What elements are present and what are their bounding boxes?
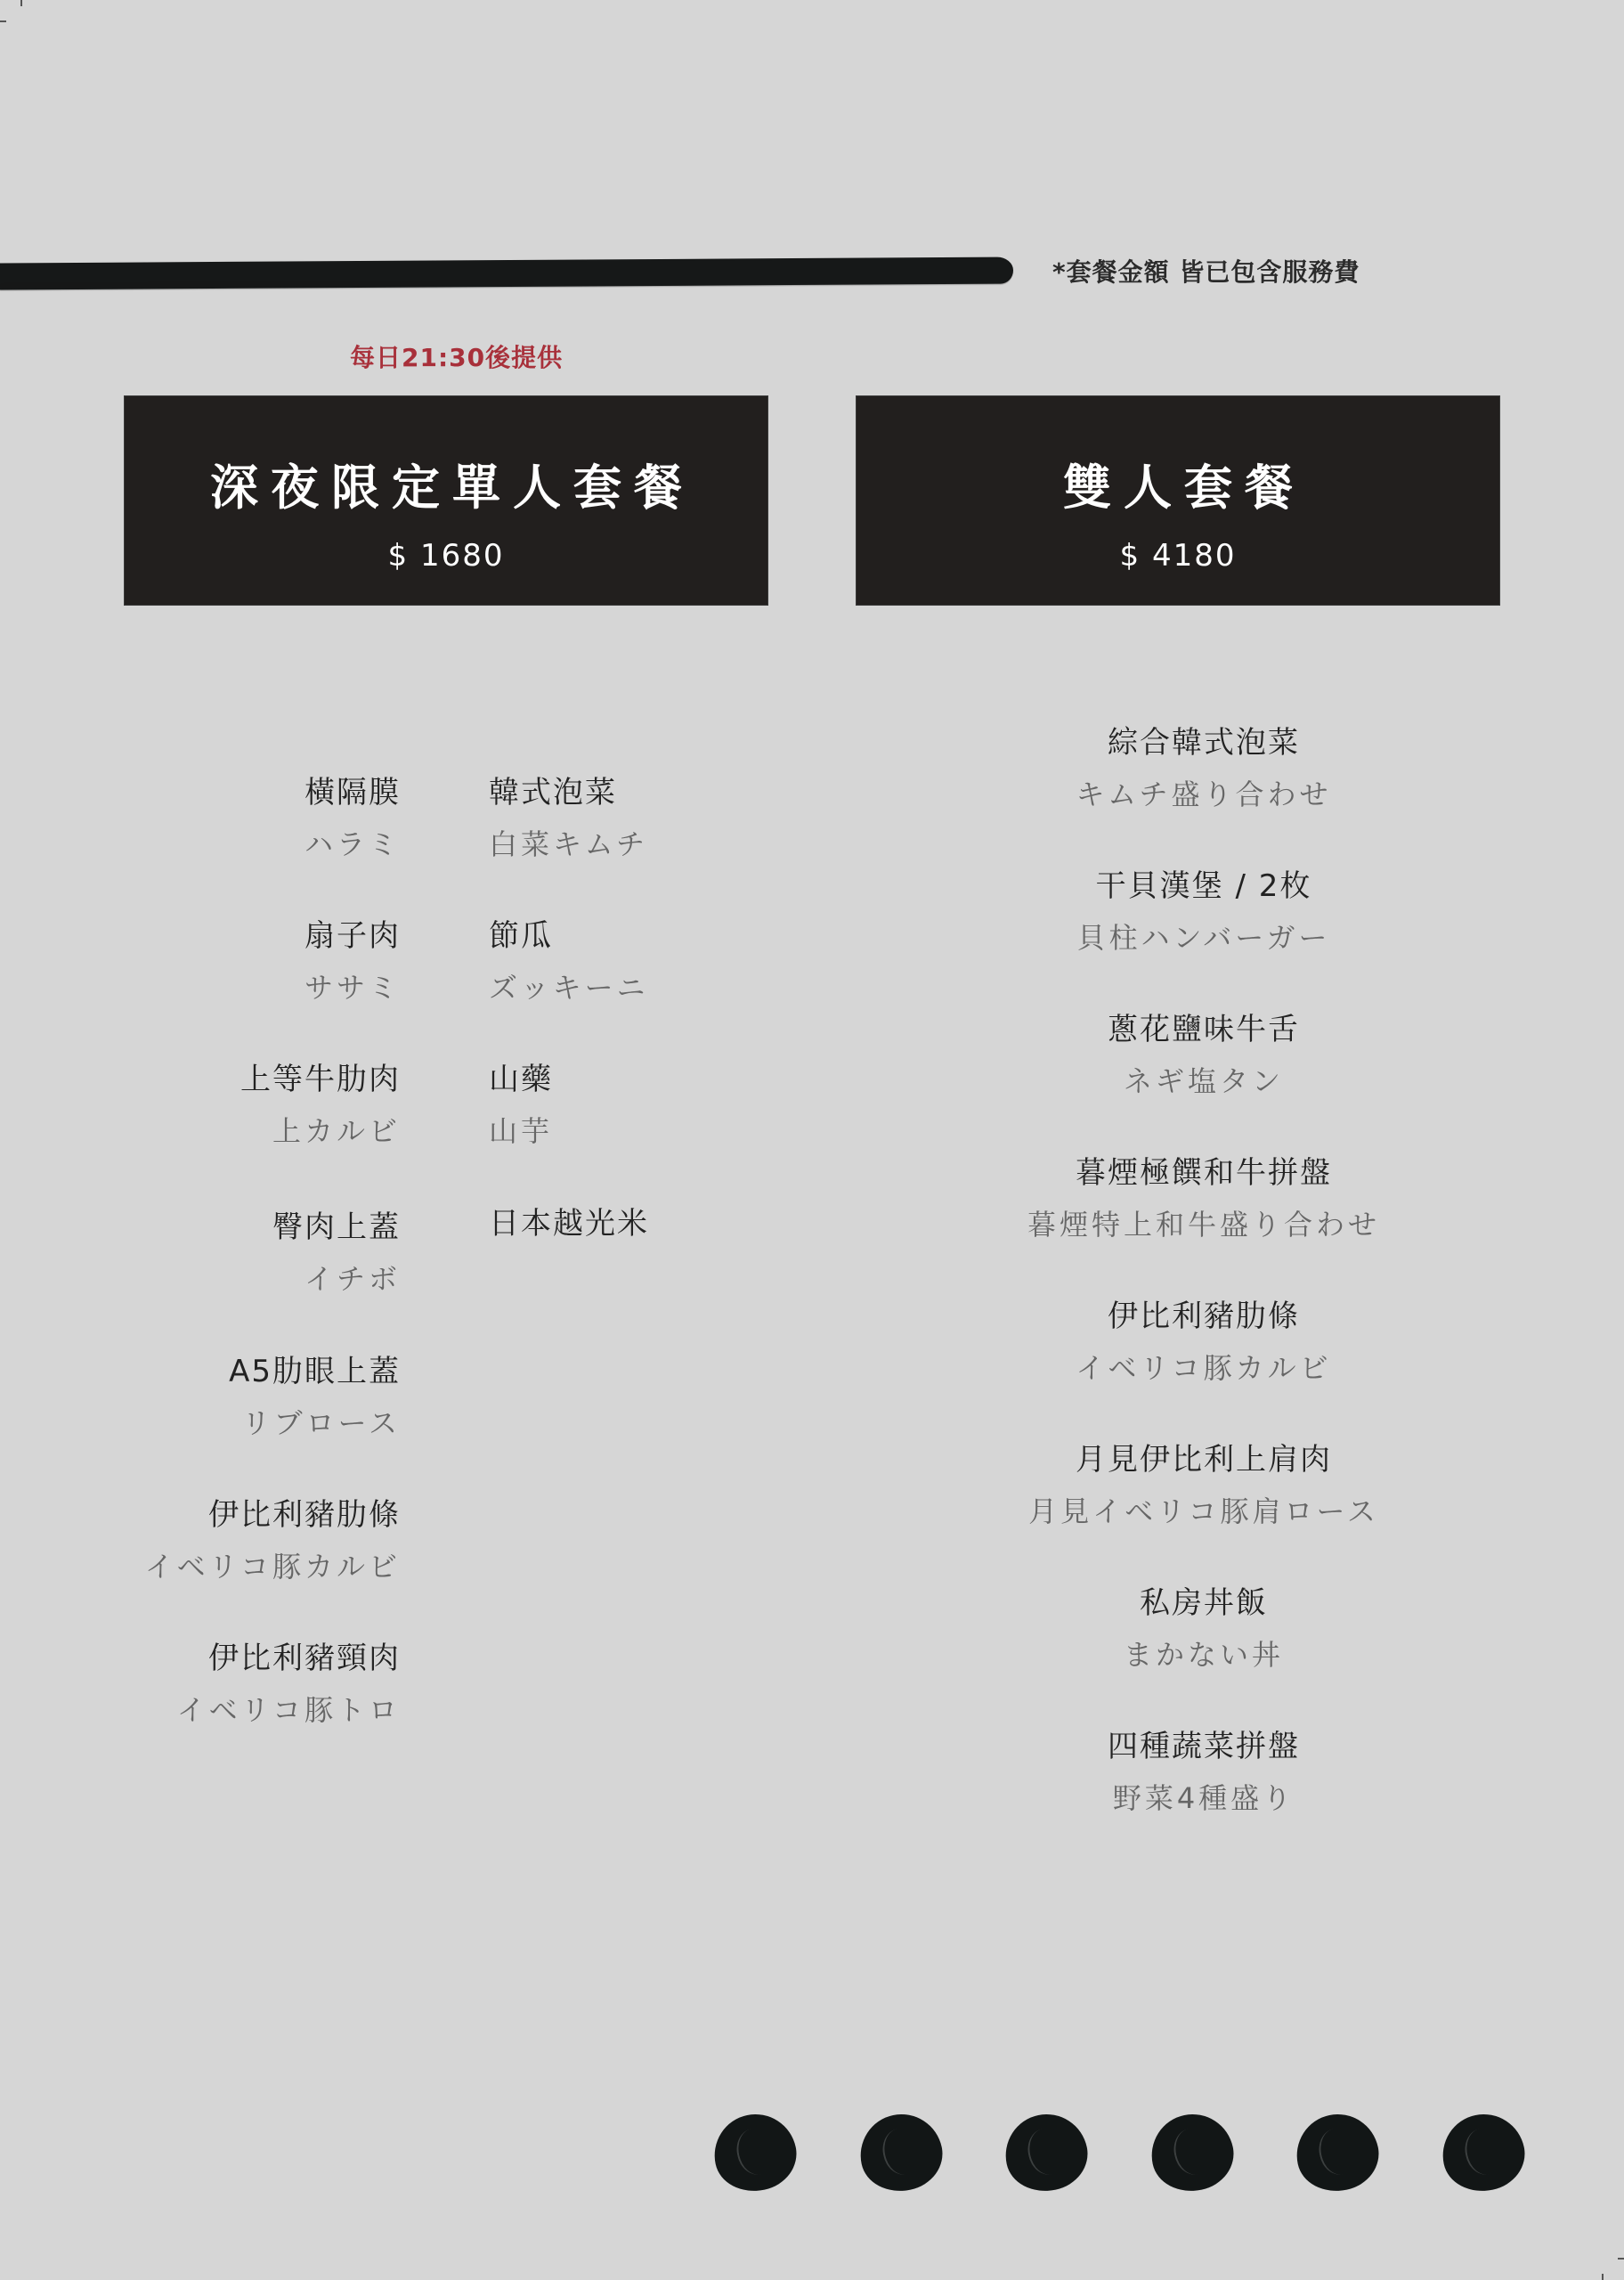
item-name-jp: 貝柱ハンバーガー — [981, 916, 1426, 957]
item-name-zh: 伊比利豬肋條 — [145, 1490, 401, 1534]
set-title: 雙人套餐 — [857, 450, 1499, 518]
item-name-zh: 蔥花鹽味牛舌 — [981, 1005, 1426, 1048]
menu-item: 私房丼飯 まかない丼 — [981, 1578, 1426, 1673]
service-charge-note: *套餐金額 皆已包含服務費 — [1052, 253, 1360, 289]
item-name-jp: 山芋 — [489, 1109, 553, 1150]
item-name-zh: 月見伊比利上肩肉 — [981, 1435, 1426, 1478]
menu-item: 節瓜 ズッキーニ — [489, 911, 649, 1006]
item-name-jp: まかない丼 — [981, 1633, 1426, 1673]
item-name-jp: イベリコ豚カルビ — [981, 1346, 1426, 1387]
item-name-zh: 日本越光米 — [489, 1199, 649, 1242]
menu-item: 上等牛肋肉 上カルビ — [240, 1054, 401, 1150]
item-name-zh: 伊比利豬肋條 — [981, 1291, 1426, 1335]
menu-item: A5肋眼上蓋 リブロース — [229, 1347, 401, 1442]
item-name-zh: 橫隔膜 — [304, 768, 401, 811]
menu-item: 伊比利豬肋條 イベリコ豚カルビ — [981, 1291, 1426, 1387]
menu-item: 日本越光米 — [489, 1199, 649, 1242]
menu-item: 蔥花鹽味牛舌 ネギ塩タン — [981, 1005, 1426, 1100]
set-price: $ 1680 — [125, 538, 767, 574]
ink-dot-icon — [853, 2106, 949, 2198]
menu-item: 橫隔膜 ハラミ — [304, 768, 401, 863]
menu-item: 干貝漢堡 / 2枚 貝柱ハンバーガー — [981, 861, 1426, 957]
menu-item: 月見伊比利上肩肉 月見イベリコ豚肩ロース — [981, 1435, 1426, 1530]
crop-mark-top-left-v — [20, 0, 22, 6]
brush-stroke-divider — [0, 257, 1013, 290]
item-name-zh: 綜合韓式泡菜 — [981, 718, 1426, 761]
item-name-zh: 上等牛肋肉 — [240, 1054, 401, 1098]
menu-item: 韓式泡菜 白菜キムチ — [489, 768, 648, 863]
item-name-jp: イベリコ豚カルビ — [145, 1544, 401, 1585]
menu-item: 扇子肉 ササミ — [304, 911, 401, 1006]
item-name-zh: 干貝漢堡 / 2枚 — [981, 861, 1426, 905]
item-name-jp: 野菜4種盛り — [981, 1776, 1426, 1817]
ink-dot-icon — [1144, 2106, 1240, 2198]
item-name-jp: ネギ塩タン — [981, 1059, 1426, 1100]
ink-dot-icon — [707, 2106, 803, 2198]
item-name-zh: 暮煙極饌和牛拼盤 — [981, 1148, 1426, 1192]
item-name-zh: 伊比利豬頸肉 — [177, 1633, 401, 1677]
item-name-jp: イベリコ豚トロ — [177, 1688, 401, 1729]
item-name-jp: ササミ — [304, 965, 401, 1006]
set-card-double: 雙人套餐 $ 4180 — [856, 395, 1500, 606]
menu-item: 綜合韓式泡菜 キムチ盛り合わせ — [981, 718, 1426, 813]
item-name-jp: イチボ — [272, 1257, 401, 1298]
menu-item: 四種蔬菜拼盤 野菜4種盛り — [981, 1722, 1426, 1817]
item-name-jp: 白菜キムチ — [489, 822, 648, 863]
menu-item: 臀肉上蓋 イチボ — [272, 1202, 401, 1298]
item-name-jp: ハラミ — [304, 822, 401, 863]
item-name-zh: 韓式泡菜 — [489, 768, 648, 811]
item-name-jp: キムチ盛り合わせ — [981, 772, 1426, 813]
ink-dot-icon — [1289, 2106, 1385, 2198]
crop-mark-bottom-right-h — [1618, 2258, 1624, 2260]
item-name-zh: 節瓜 — [489, 911, 649, 955]
ink-dot-icon — [998, 2106, 1094, 2198]
menu-item: 山藥 山芋 — [489, 1054, 553, 1150]
item-name-zh: 山藥 — [489, 1054, 553, 1098]
ink-dot-icon — [1435, 2106, 1531, 2198]
set-card-single: 深夜限定單人套餐 $ 1680 — [124, 395, 768, 606]
menu-item: 伊比利豬頸肉 イベリコ豚トロ — [177, 1633, 401, 1729]
crop-mark-top-left-h — [0, 20, 6, 22]
item-name-zh: 四種蔬菜拼盤 — [981, 1722, 1426, 1765]
item-name-zh: A5肋眼上蓋 — [229, 1347, 401, 1390]
set-price: $ 4180 — [857, 538, 1499, 574]
set-title: 深夜限定單人套餐 — [125, 450, 767, 518]
menu-item: 伊比利豬肋條 イベリコ豚カルビ — [145, 1490, 401, 1585]
item-name-jp: 暮煙特上和牛盛り合わせ — [981, 1202, 1426, 1243]
item-name-jp: リブロース — [229, 1401, 401, 1442]
item-name-jp: 月見イベリコ豚肩ロース — [981, 1489, 1426, 1530]
menu-item: 暮煙極饌和牛拼盤 暮煙特上和牛盛り合わせ — [981, 1148, 1426, 1243]
item-name-jp: ズッキーニ — [489, 965, 649, 1006]
availability-note: 每日21:30後提供 — [350, 338, 563, 374]
item-name-zh: 私房丼飯 — [981, 1578, 1426, 1622]
crop-mark-bottom-right-v — [1602, 2274, 1604, 2280]
item-name-zh: 臀肉上蓋 — [272, 1202, 401, 1246]
item-name-zh: 扇子肉 — [304, 911, 401, 955]
item-name-jp: 上カルビ — [240, 1109, 401, 1150]
